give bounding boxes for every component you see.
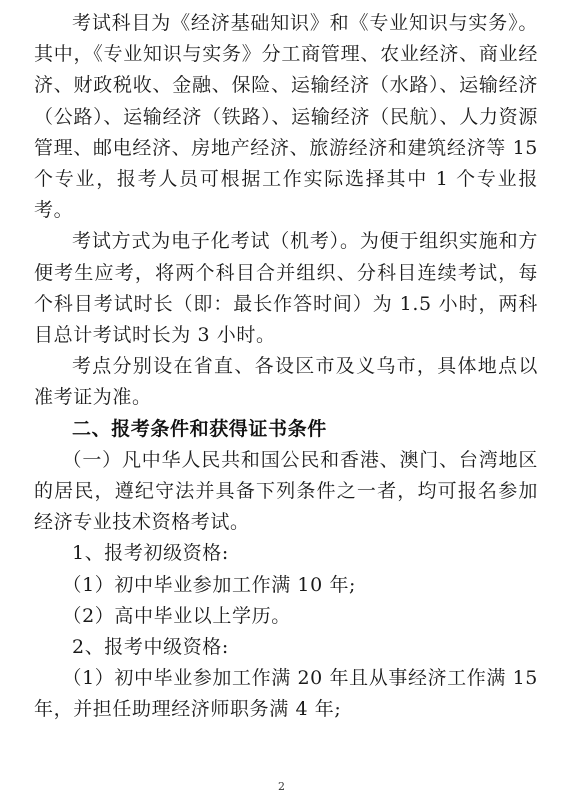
paragraph-exam-method: 考试方式为电子化考试（机考）。为便于组织实施和方便考生应考，将两个科目合并组织、… bbox=[34, 226, 538, 351]
page-number: 2 bbox=[0, 780, 563, 793]
junior-condition-1: （1）初中毕业参加工作满 10 年; bbox=[34, 570, 538, 601]
intermediate-qualification-title: 2、报考中级资格: bbox=[34, 632, 538, 663]
paragraph-exam-subjects: 考试科目为《经济基础知识》和《专业知识与实务》。其中，《专业知识与实务》分工商管… bbox=[34, 8, 538, 226]
junior-condition-2: （2）高中毕业以上学历。 bbox=[34, 601, 538, 632]
paragraph-exam-locations: 考点分别设在省直、各设区市及义乌市，具体地点以准考证为准。 bbox=[34, 351, 538, 413]
paragraph-eligibility-intro: （一）凡中华人民共和国公民和香港、澳门、台湾地区的居民，遵纪守法并具备下列条件之… bbox=[34, 445, 538, 539]
intermediate-condition-1: （1）初中毕业参加工作满 20 年且从事经济工作满 15 年，并担任助理经济师职… bbox=[34, 663, 538, 725]
document-page: 考试科目为《经济基础知识》和《专业知识与实务》。其中，《专业知识与实务》分工商管… bbox=[34, 8, 538, 726]
section-heading: 二、报考条件和获得证书条件 bbox=[34, 414, 538, 445]
junior-qualification-title: 1、报考初级资格: bbox=[34, 538, 538, 569]
